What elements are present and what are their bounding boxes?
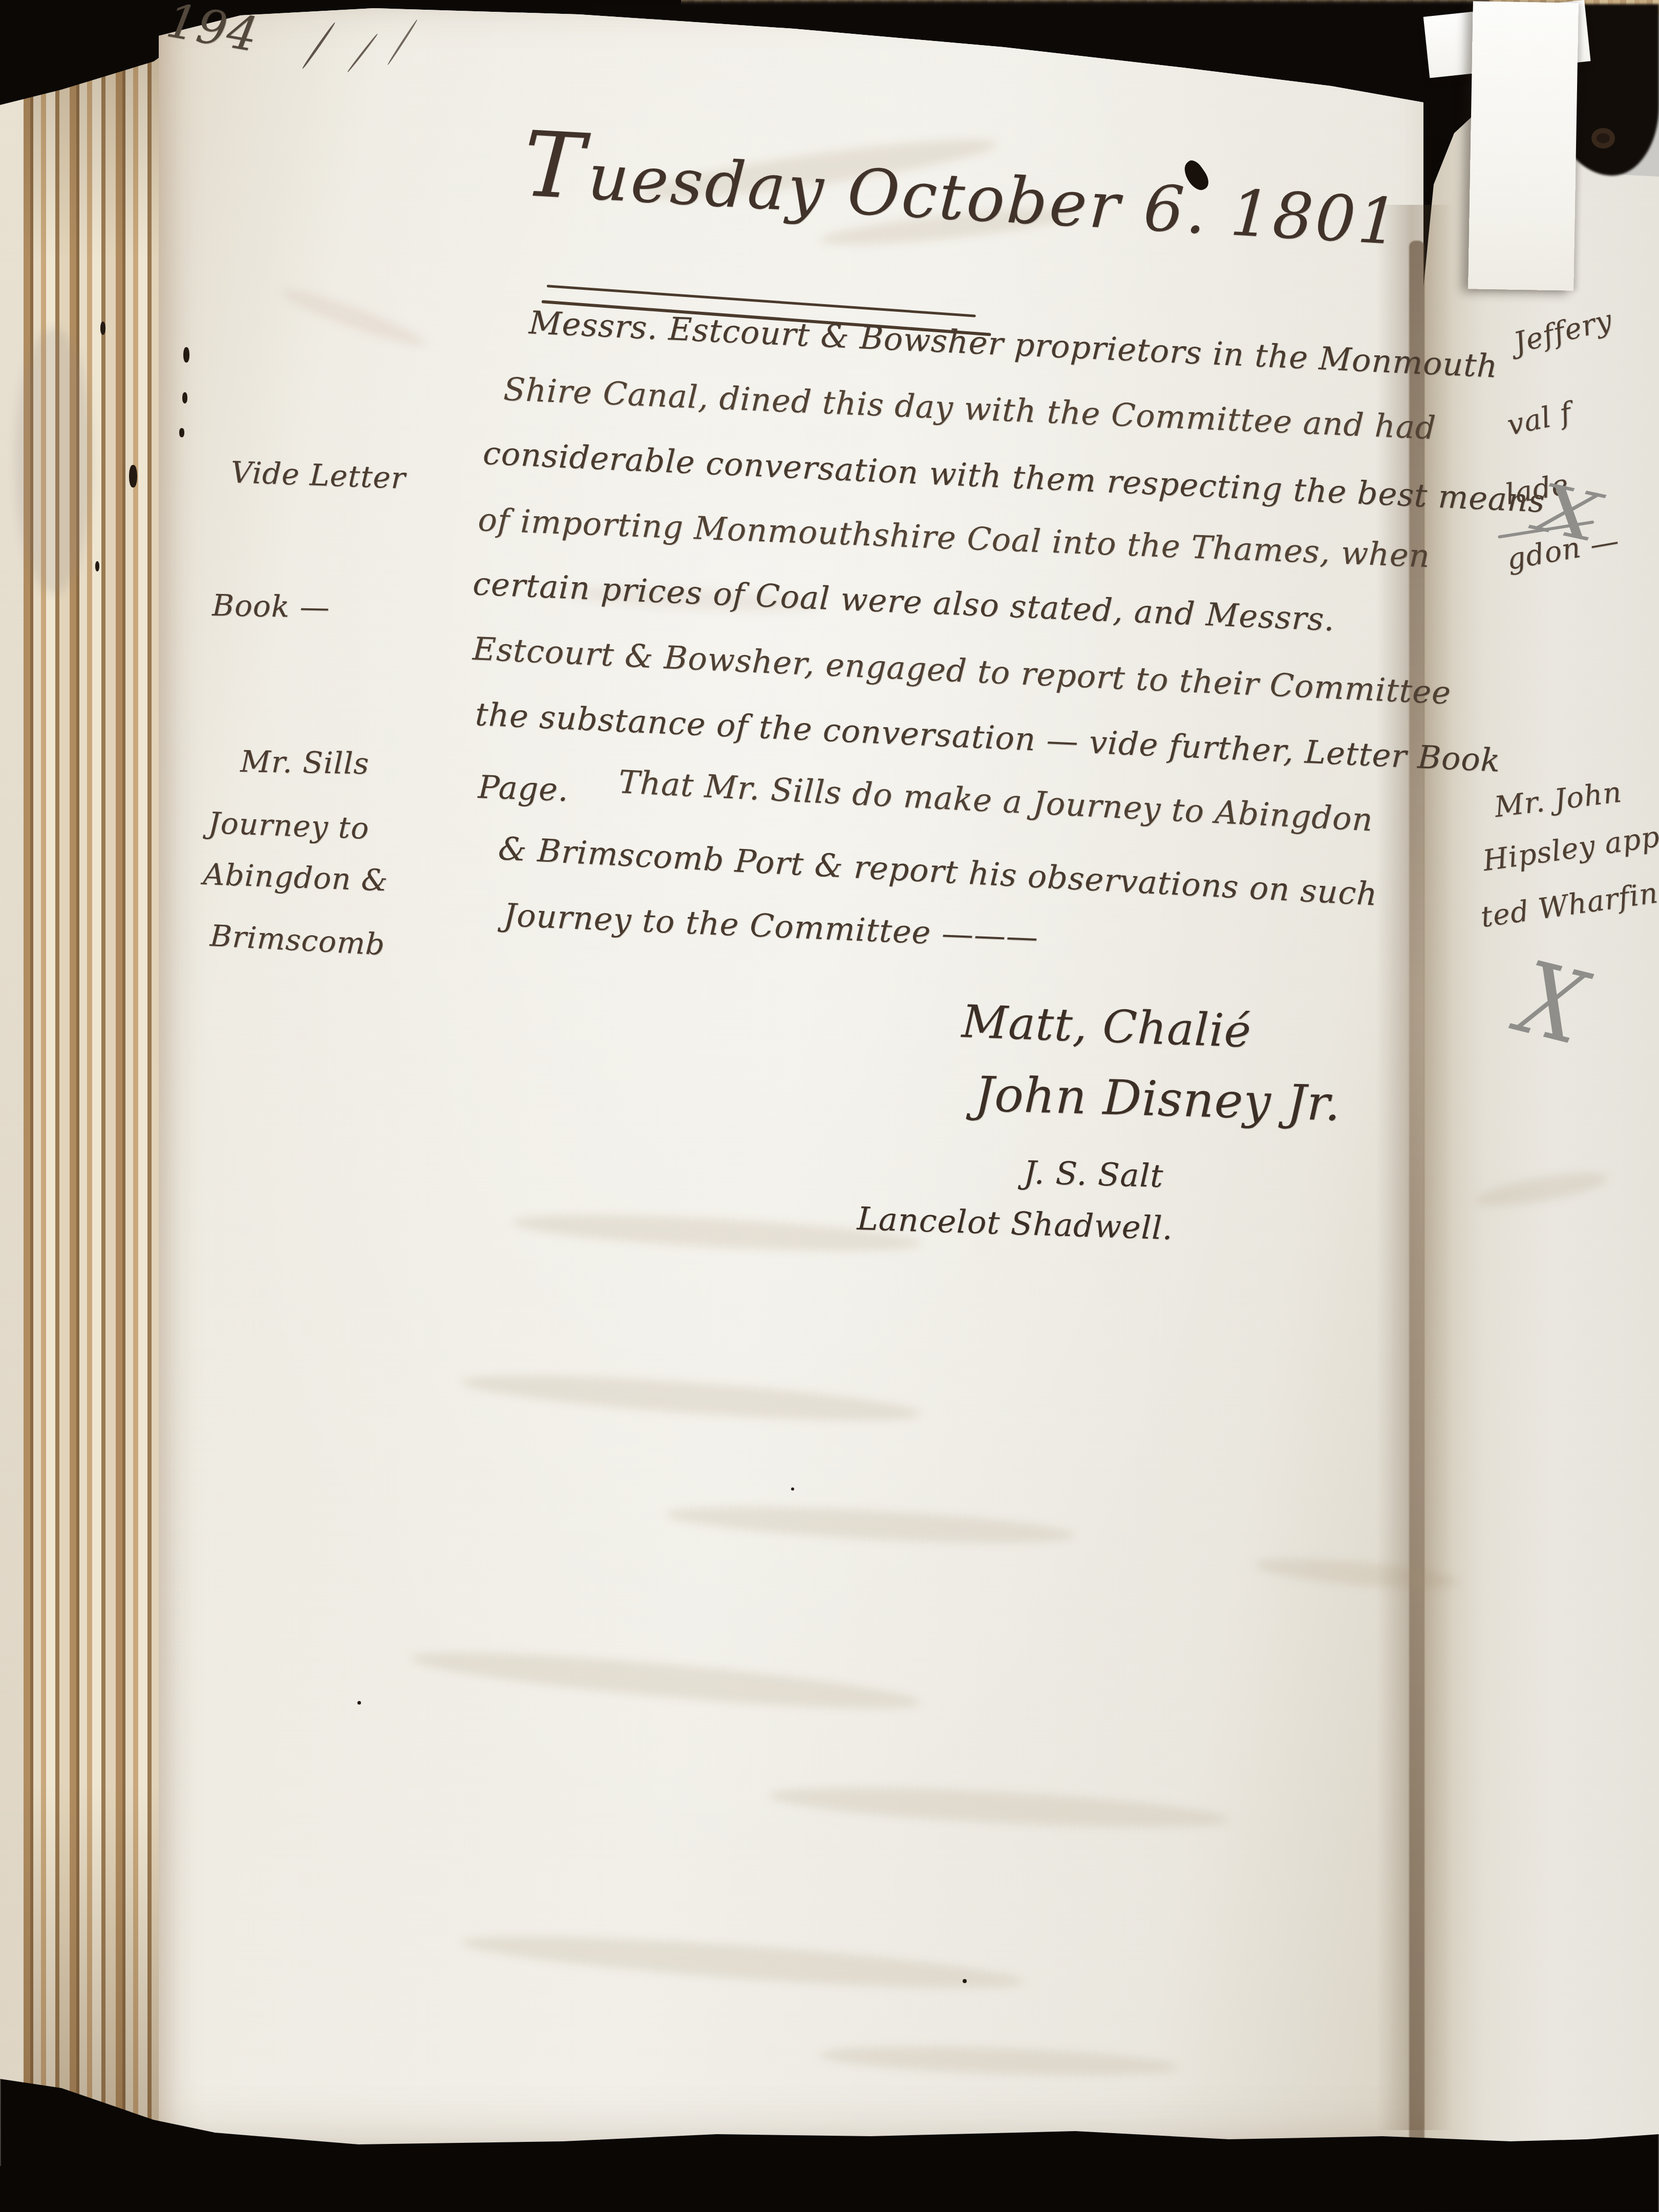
margin-note-sills-line: Mr. Sills xyxy=(240,744,370,781)
underpage-ghost-writing xyxy=(15,328,92,594)
body-line: Page. xyxy=(477,768,569,809)
ink-blot xyxy=(1597,133,1610,143)
bookmark-slip xyxy=(1468,1,1579,291)
minute-book-photograph: 194 Tuesday October 6. 1801 Vide Letter … xyxy=(0,0,1659,2212)
binding-crease xyxy=(1409,241,1424,2145)
signature: J. S. Salt xyxy=(1023,1154,1164,1195)
ink-speck xyxy=(100,322,105,335)
ink-speck xyxy=(182,392,187,403)
ink-speck xyxy=(179,428,184,437)
ink-speck xyxy=(791,1487,794,1491)
margin-note-vide-line: Book — xyxy=(212,588,330,625)
signature: Matt, Chalié xyxy=(961,995,1252,1058)
signature: John Disney Jr. xyxy=(974,1067,1342,1132)
ink-speck xyxy=(357,1701,361,1705)
margin-note-vide-line: Vide Letter xyxy=(230,455,407,496)
margin-note-sills-line: Journey to xyxy=(208,805,370,846)
ink-speck xyxy=(963,1979,967,1983)
margin-note-sills-line: Abingdon & xyxy=(203,857,389,898)
ink-speck xyxy=(129,465,137,487)
ink-speck xyxy=(95,561,99,571)
ink-speck xyxy=(183,347,189,363)
